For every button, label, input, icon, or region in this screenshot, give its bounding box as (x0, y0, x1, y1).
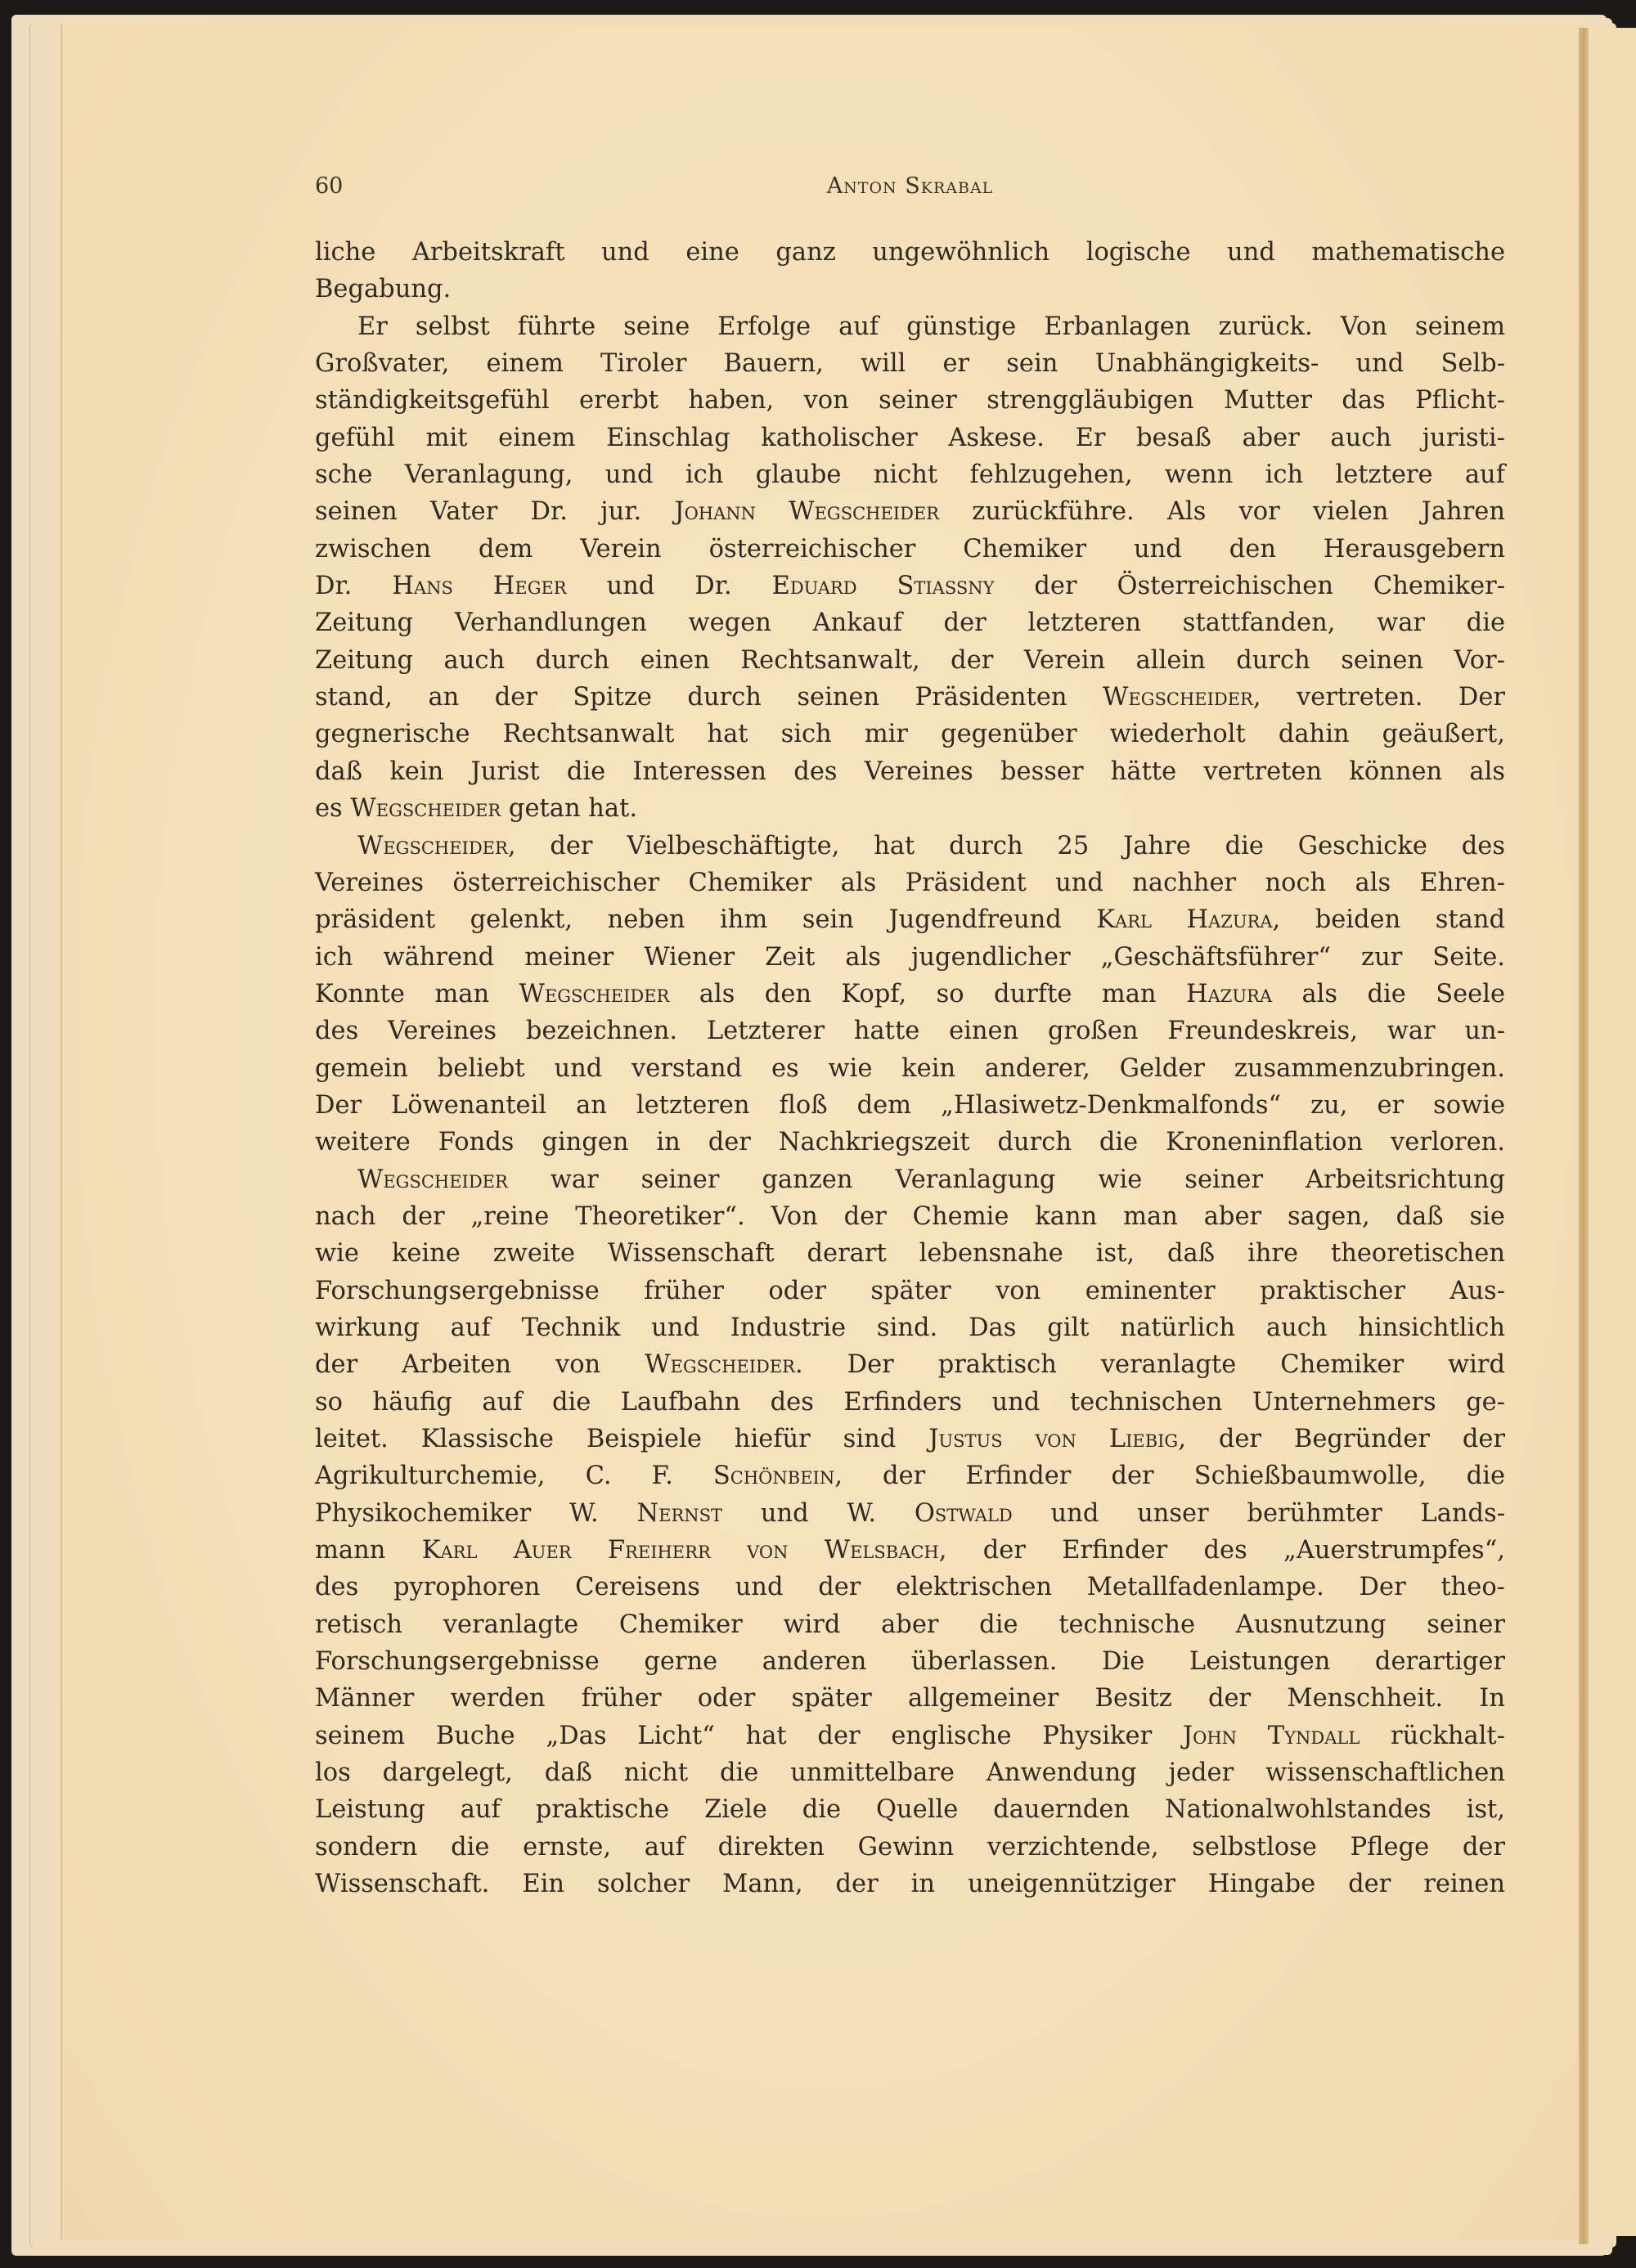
text-line: Begabung. (315, 271, 1505, 308)
text-line: Wegscheider war seiner ganzen Veranlagun… (315, 1161, 1505, 1198)
text-line: Wegscheider, der Vielbeschäftigte, hat d… (315, 828, 1505, 865)
text-line: zwischen dem Verein österreichischer Che… (315, 531, 1505, 568)
text-line: daß kein Jurist die Interessen des Verei… (315, 753, 1505, 790)
text-line: Wissenschaft. Ein solcher Mann, der in u… (315, 1866, 1505, 1902)
text-line: wirkung auf Technik und Industrie sind. … (315, 1309, 1505, 1346)
text-line: gegnerische Rechtsanwalt hat sich mir ge… (315, 716, 1505, 752)
text-line: nach der „reine Theoretiker“. Von der Ch… (315, 1198, 1505, 1235)
text-line: Leistung auf praktische Ziele die Quelle… (315, 1791, 1505, 1828)
text-line: Forschungsergebnisse gerne anderen überl… (315, 1643, 1505, 1680)
text-line: ständigkeitsgefühl ererbt haben, von sei… (315, 382, 1505, 419)
small-caps-name: Karl Auer Freiherr von Welsbach (422, 1536, 939, 1565)
small-caps-name: Hans Heger (392, 572, 566, 600)
text-line: sondern die ernste, auf direkten Gewinn … (315, 1829, 1505, 1866)
text-line: Männer werden früher oder später allgeme… (315, 1680, 1505, 1717)
small-caps-name: Wegscheider (357, 1165, 508, 1194)
book-gutter (1579, 28, 1589, 2244)
text-line: Er selbst führte seine Erfolge auf günst… (315, 308, 1505, 345)
text-line: Dr. Hans Heger und Dr. Eduard Stiassny d… (315, 568, 1505, 604)
text-line: gefühl mit einem Einschlag katholischer … (315, 420, 1505, 456)
text-line: Forschungsergebnisse früher oder später … (315, 1273, 1505, 1309)
small-caps-name: Johann Wegscheider (674, 497, 939, 526)
text-line: leitet. Klassische Beispiele hiefür sind… (315, 1421, 1505, 1457)
text-line: Zeitung Verhandlungen wegen Ankauf der l… (315, 604, 1505, 641)
small-caps-name: Wegscheider (357, 832, 508, 860)
small-caps-name: Wegscheider (1103, 683, 1253, 712)
small-caps-name: Justus von Liebig (928, 1425, 1178, 1453)
small-caps-name: Ostwald (915, 1499, 1013, 1528)
text-line: der Arbeiten von Wegscheider. Der prakti… (315, 1346, 1505, 1383)
text-line: retisch veranlagte Chemiker wird aber di… (315, 1606, 1505, 1643)
small-caps-name: Nernst (636, 1499, 722, 1528)
text-line: Zeitung auch durch einen Rechtsanwalt, d… (315, 642, 1505, 679)
text-line: Konnte man Wegscheider als den Kopf, so … (315, 976, 1505, 1013)
text-line: es Wegscheider getan hat. (315, 790, 1505, 827)
small-caps-name: Karl Hazura (1096, 905, 1272, 934)
text-line: Physikochemiker W. Nernst und W. Ostwald… (315, 1495, 1505, 1532)
text-line: los dargelegt, daß nicht die unmittelbar… (315, 1754, 1505, 1791)
facing-page-edge (1589, 28, 1636, 2236)
text-line: wie keine zweite Wissenschaft derart leb… (315, 1235, 1505, 1272)
text-line: ich während meiner Wiener Zeit als jugen… (315, 939, 1505, 976)
text-line: mann Karl Auer Freiherr von Welsbach, de… (315, 1532, 1505, 1569)
small-caps-name: Wegscheider (645, 1350, 795, 1379)
text-line: des Vereines bezeichnen. Letzterer hatte… (315, 1013, 1505, 1049)
body-text: liche Arbeitskraft und eine ganz ungewöh… (315, 234, 1505, 1902)
text-line: Der Löwenanteil an letzteren floß dem „H… (315, 1087, 1505, 1124)
small-caps-name: Schönbein (713, 1462, 834, 1490)
text-line: Großvater, einem Tiroler Bauern, will er… (315, 345, 1505, 382)
text-line: gemein beliebt und verstand es wie kein … (315, 1050, 1505, 1087)
page-header: 60 Anton Skrabal (315, 173, 1505, 206)
text-line: seinen Vater Dr. jur. Johann Wegscheider… (315, 493, 1505, 530)
small-caps-name: Hazura (1186, 980, 1272, 1008)
running-head: Anton Skrabal (315, 173, 1505, 199)
text-line: präsident gelenkt, neben ihm sein Jugend… (315, 901, 1505, 938)
text-line: Agrikulturchemie, C. F. Schönbein, der E… (315, 1457, 1505, 1494)
text-line: Vereines österreichischer Chemiker als P… (315, 865, 1505, 901)
text-line: seinem Buche „Das Licht“ hat der englisc… (315, 1718, 1505, 1754)
small-caps-name: Wegscheider (350, 794, 501, 823)
small-caps-name: Wegscheider (519, 980, 670, 1008)
small-caps-name: John Tyndall (1183, 1722, 1360, 1750)
text-line: sche Veranlagung, und ich glaube nicht f… (315, 456, 1505, 493)
text-line: des pyrophoren Cereisens und der elektri… (315, 1569, 1505, 1606)
text-line: liche Arbeitskraft und eine ganz ungewöh… (315, 234, 1505, 271)
text-line: stand, an der Spitze durch seinen Präsid… (315, 679, 1505, 716)
small-caps-name: Eduard Stiassny (772, 572, 995, 600)
text-line: weitere Fonds gingen in der Nachkriegsze… (315, 1124, 1505, 1161)
text-line: so häufig auf die Laufbahn des Erfinders… (315, 1384, 1505, 1421)
